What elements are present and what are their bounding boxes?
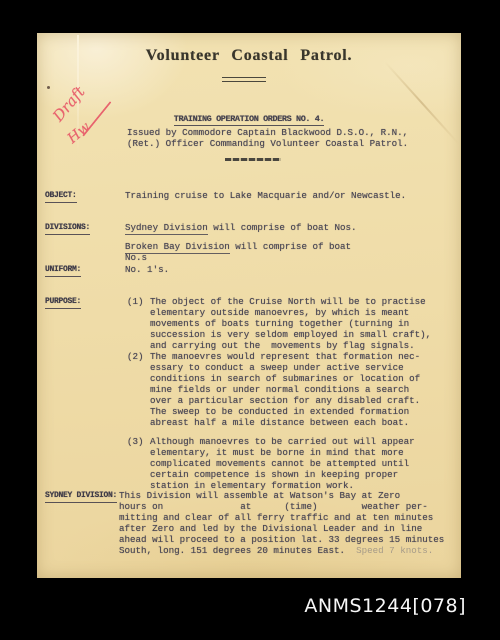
uniform-label: UNIFORM: [45,264,81,277]
divisions-sydney-lead: Sydney Division [125,222,208,235]
purpose-item-2-number: (2) [127,351,150,406]
section-sydney-division: SYDNEY DIVISION: This Division will asse… [45,490,453,556]
issued-by-block: Issued by Commodore Captain Blackwood D.… [127,127,408,149]
purpose-item-2-continuation: The sweep to be conducted in extended fo… [150,406,453,428]
orders-heading: TRAINING OPERATION ORDERS NO. 4. [174,114,324,126]
speed-pencil-note: Speed 7 knots. [345,545,433,556]
object-label: OBJECT: [45,190,77,203]
sydney-division-last-line: South, long. 151 degrees 20 minutes East… [119,545,453,556]
divisions-sydney-line: Sydney Division will comprise of boat No… [125,222,453,233]
title-double-rule [222,77,266,82]
purpose-item-1-line: The object of the Cruise North will be t… [150,296,431,307]
section-divisions: DIVISIONS: Sydney Division will comprise… [45,222,453,263]
purpose-label: PURPOSE: [45,296,81,309]
purpose-item-2-line: essary to conduct a sweep under active s… [150,362,420,373]
ink-spot [47,86,50,89]
purpose-cont-line: The sweep to be conducted in extended fo… [150,406,453,417]
purpose-item-2-line: mine fields or under normal conditions a… [150,384,420,395]
document-page: Draft Hw Volunteer Coastal Patrol. TRAIN… [37,33,461,578]
purpose-item-3-line: Although manoevres to be carried out wil… [150,436,415,447]
divisions-brokenbay-rest: will comprise of boat [230,241,351,252]
sydney-division-label: SYDNEY DIVISION: [45,490,117,503]
orders-heading-wrap: TRAINING OPERATION ORDERS NO. 4. [37,108,461,126]
purpose-cont-line: abreast half a mile distance between eac… [150,417,453,428]
sydney-division-line: This Division will assemble at Watson's … [119,490,453,501]
purpose-item-3-number: (3) [127,436,150,491]
sydney-division-line: mitting and clear of all ferry traffic a… [119,512,453,523]
sydney-division-line: after Zero and led by the Divisional Lea… [119,523,453,534]
purpose-item-2-line: over a particular section for any disabl… [150,395,420,406]
section-object: OBJECT: Training cruise to Lake Macquari… [45,190,453,201]
letterhead: Volunteer Coastal Patrol. [37,47,461,65]
purpose-item-3: (3) Although manoevres to be carried out… [127,436,453,491]
divisions-sydney-rest: will comprise of boat Nos. [208,222,357,233]
sydney-division-line-text: South, long. 151 degrees 20 minutes East… [119,545,345,556]
purpose-item-1-line: succession is very seldom employed in sm… [150,329,431,340]
archive-reference: ANMS1244[078] [304,595,466,617]
issued-line: Issued by Commodore Captain Blackwood D.… [127,127,408,138]
divisions-brokenbay-line: Broken Bay Division will comprise of boa… [125,241,453,252]
purpose-item-3-line: complicated movements cannot be attempte… [150,458,415,469]
sydney-division-line: hours on at (time) weather per- [119,501,453,512]
purpose-item-3-line: elementary, it must be borne in mind tha… [150,447,415,458]
purpose-item-1-line: elementary outside manoevres, by which i… [150,307,431,318]
divisions-label: DIVISIONS: [45,222,90,235]
purpose-item-1-line: movements of boats turning together (tur… [150,318,431,329]
divisions-brokenbay-line2: No.s [125,252,453,263]
object-text: Training cruise to Lake Macquarie and/or… [125,190,453,201]
purpose-item-1: (1) The object of the Cruise North will … [127,296,453,351]
issued-line: (Ret.) Officer Commanding Volunteer Coas… [127,138,408,149]
purpose-item-1-line: and carrying out the movements by flag s… [150,340,431,351]
section-divider-rule [225,158,281,161]
letterhead-title: Volunteer Coastal Patrol. [146,47,353,64]
section-uniform: UNIFORM: No. 1's. [45,264,453,275]
purpose-item-3-line: certain competence is shown in keeping p… [150,469,415,480]
uniform-text: No. 1's. [125,264,453,275]
sydney-division-line: ahead will proceed to a position lat. 33… [119,534,453,545]
section-purpose: PURPOSE: (1) The object of the Cruise No… [45,296,453,491]
purpose-item-2: (2) The manoevres would represent that f… [127,351,453,406]
purpose-item-2-line: The manoevres would represent that forma… [150,351,420,362]
purpose-item-2-line: conditions in search of submarines or lo… [150,373,420,384]
purpose-item-1-number: (1) [127,296,150,351]
